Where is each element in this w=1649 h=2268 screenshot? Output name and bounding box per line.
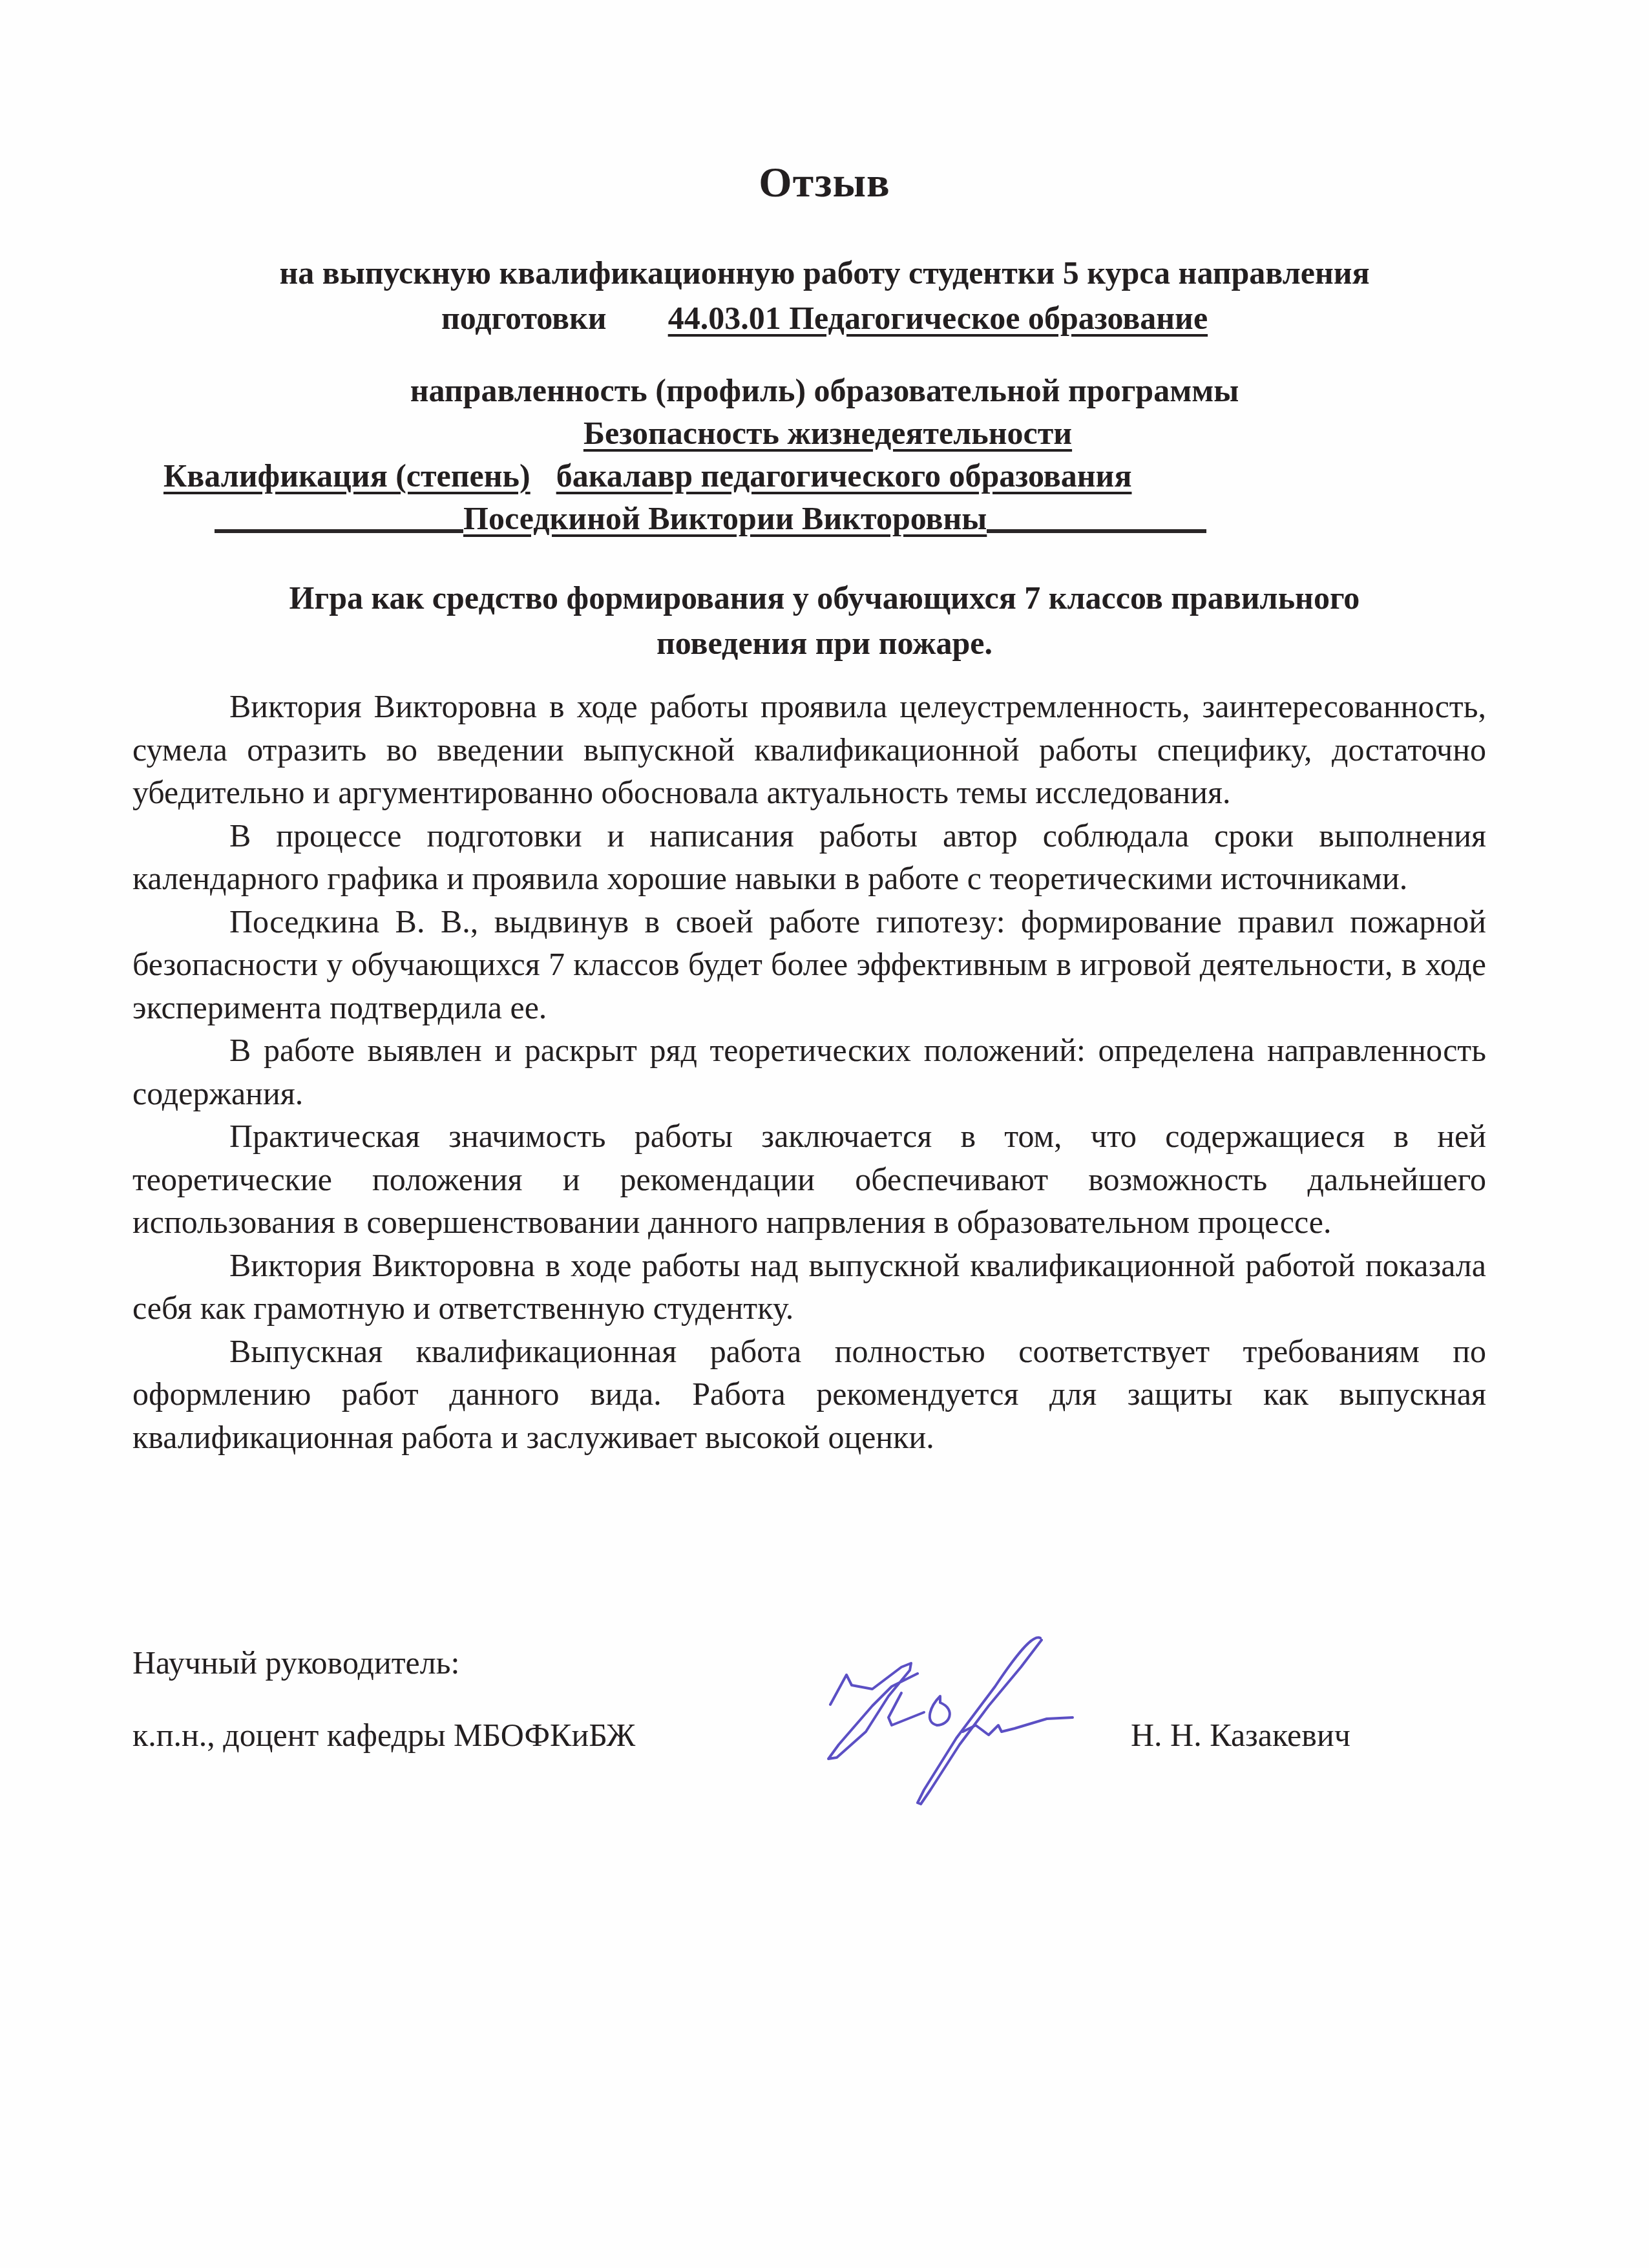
student-name-line: Поседкиной Виктории Викторовны	[215, 498, 1206, 539]
paragraph: Выпускная квалификационная работа полнос…	[132, 1330, 1486, 1459]
supervisor-title: к.п.н., доцент кафедры МБОФКиБЖ	[132, 1714, 635, 1756]
thesis-topic: Игра как средство формирования у обучающ…	[0, 575, 1649, 666]
profile-line: Безопасность жизнедеятельности	[0, 412, 1649, 454]
paragraph: Практическая значимость работы заключает…	[132, 1115, 1486, 1244]
training-direction-text: 44.03.01 Педагогическое образование	[668, 300, 1208, 336]
supervisor-label: Научный руководитель:	[132, 1641, 459, 1684]
student-name: Поседкиной Виктории Викторовны	[463, 500, 987, 536]
header-line-2: подготовки44.03.01 Педагогическое образо…	[0, 297, 1649, 339]
underline-blank-left	[215, 529, 463, 533]
qualification-label: Квалификация (степень)	[163, 457, 530, 494]
document-title: Отзыв	[0, 154, 1649, 212]
underline-blank-right	[987, 529, 1206, 533]
qualification-text: бакалавр педагогического образования	[556, 457, 1132, 494]
signature-icon	[827, 1635, 1086, 1816]
paragraph: В работе выявлен и раскрыт ряд теоретиче…	[132, 1029, 1486, 1115]
supervisor-name: Н. Н. Казакевич	[1131, 1714, 1350, 1756]
training-direction-label: подготовки	[441, 300, 607, 336]
paragraph: В процессе подготовки и написания работы…	[132, 814, 1486, 900]
training-direction-value: 44.03.01 Педагогическое образование	[607, 300, 1208, 336]
thesis-topic-line-1: Игра как средство формирования у обучающ…	[0, 575, 1649, 620]
qualification-line: Квалификация (степень)бакалавр педагогич…	[163, 455, 1270, 496]
paragraph: Виктория Викторовна в ходе работы над вы…	[132, 1244, 1486, 1330]
review-body: Виктория Викторовна в ходе работы прояви…	[132, 685, 1486, 1458]
paragraph: Виктория Викторовна в ходе работы прояви…	[132, 685, 1486, 814]
profile-value: Безопасность жизнедеятельности	[512, 415, 1137, 451]
header-line-3: направленность (профиль) образовательной…	[0, 370, 1649, 411]
paragraph: Поседкина В. В., выдвинув в своей работе…	[132, 900, 1486, 1029]
thesis-topic-line-2: поведения при пожаре.	[0, 620, 1649, 666]
header-line-1: на выпускную квалификационную работу сту…	[0, 252, 1649, 293]
document-page: Отзыв на выпускную квалификационную рабо…	[0, 0, 1649, 2268]
qualification-value: Квалификация (степень)бакалавр педагогич…	[163, 457, 1270, 494]
profile-text: Безопасность жизнедеятельности	[583, 415, 1072, 451]
